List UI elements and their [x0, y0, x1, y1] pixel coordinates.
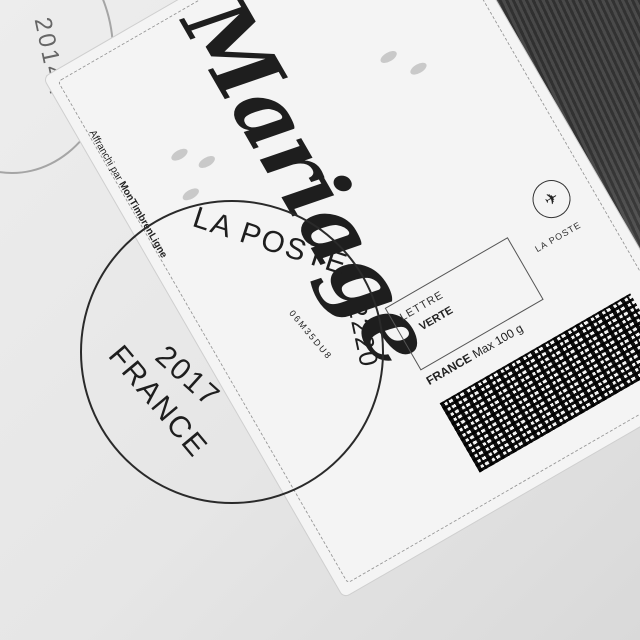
photo-scene: 20144 Affranchi par MonTimbrenLigne Mari… [0, 0, 640, 640]
